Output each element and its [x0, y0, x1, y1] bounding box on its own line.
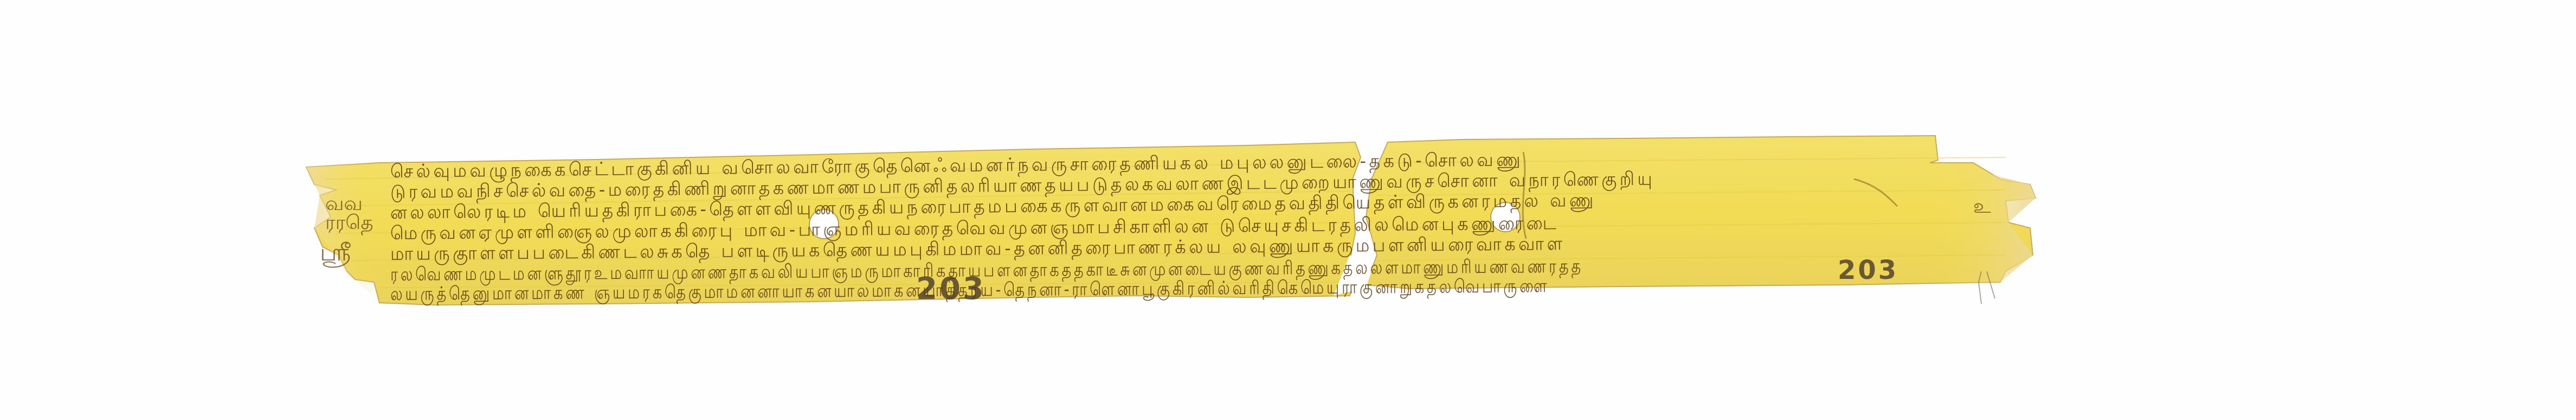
folio-number-left: 203 [916, 271, 986, 307]
folio-number-right: 203 [1838, 255, 1898, 285]
left-margin-note-3: ஸ்ரீ [320, 239, 351, 270]
left-margin-note-2: ரரதெ [325, 212, 373, 237]
right-margin-note: உ [1973, 195, 1991, 220]
